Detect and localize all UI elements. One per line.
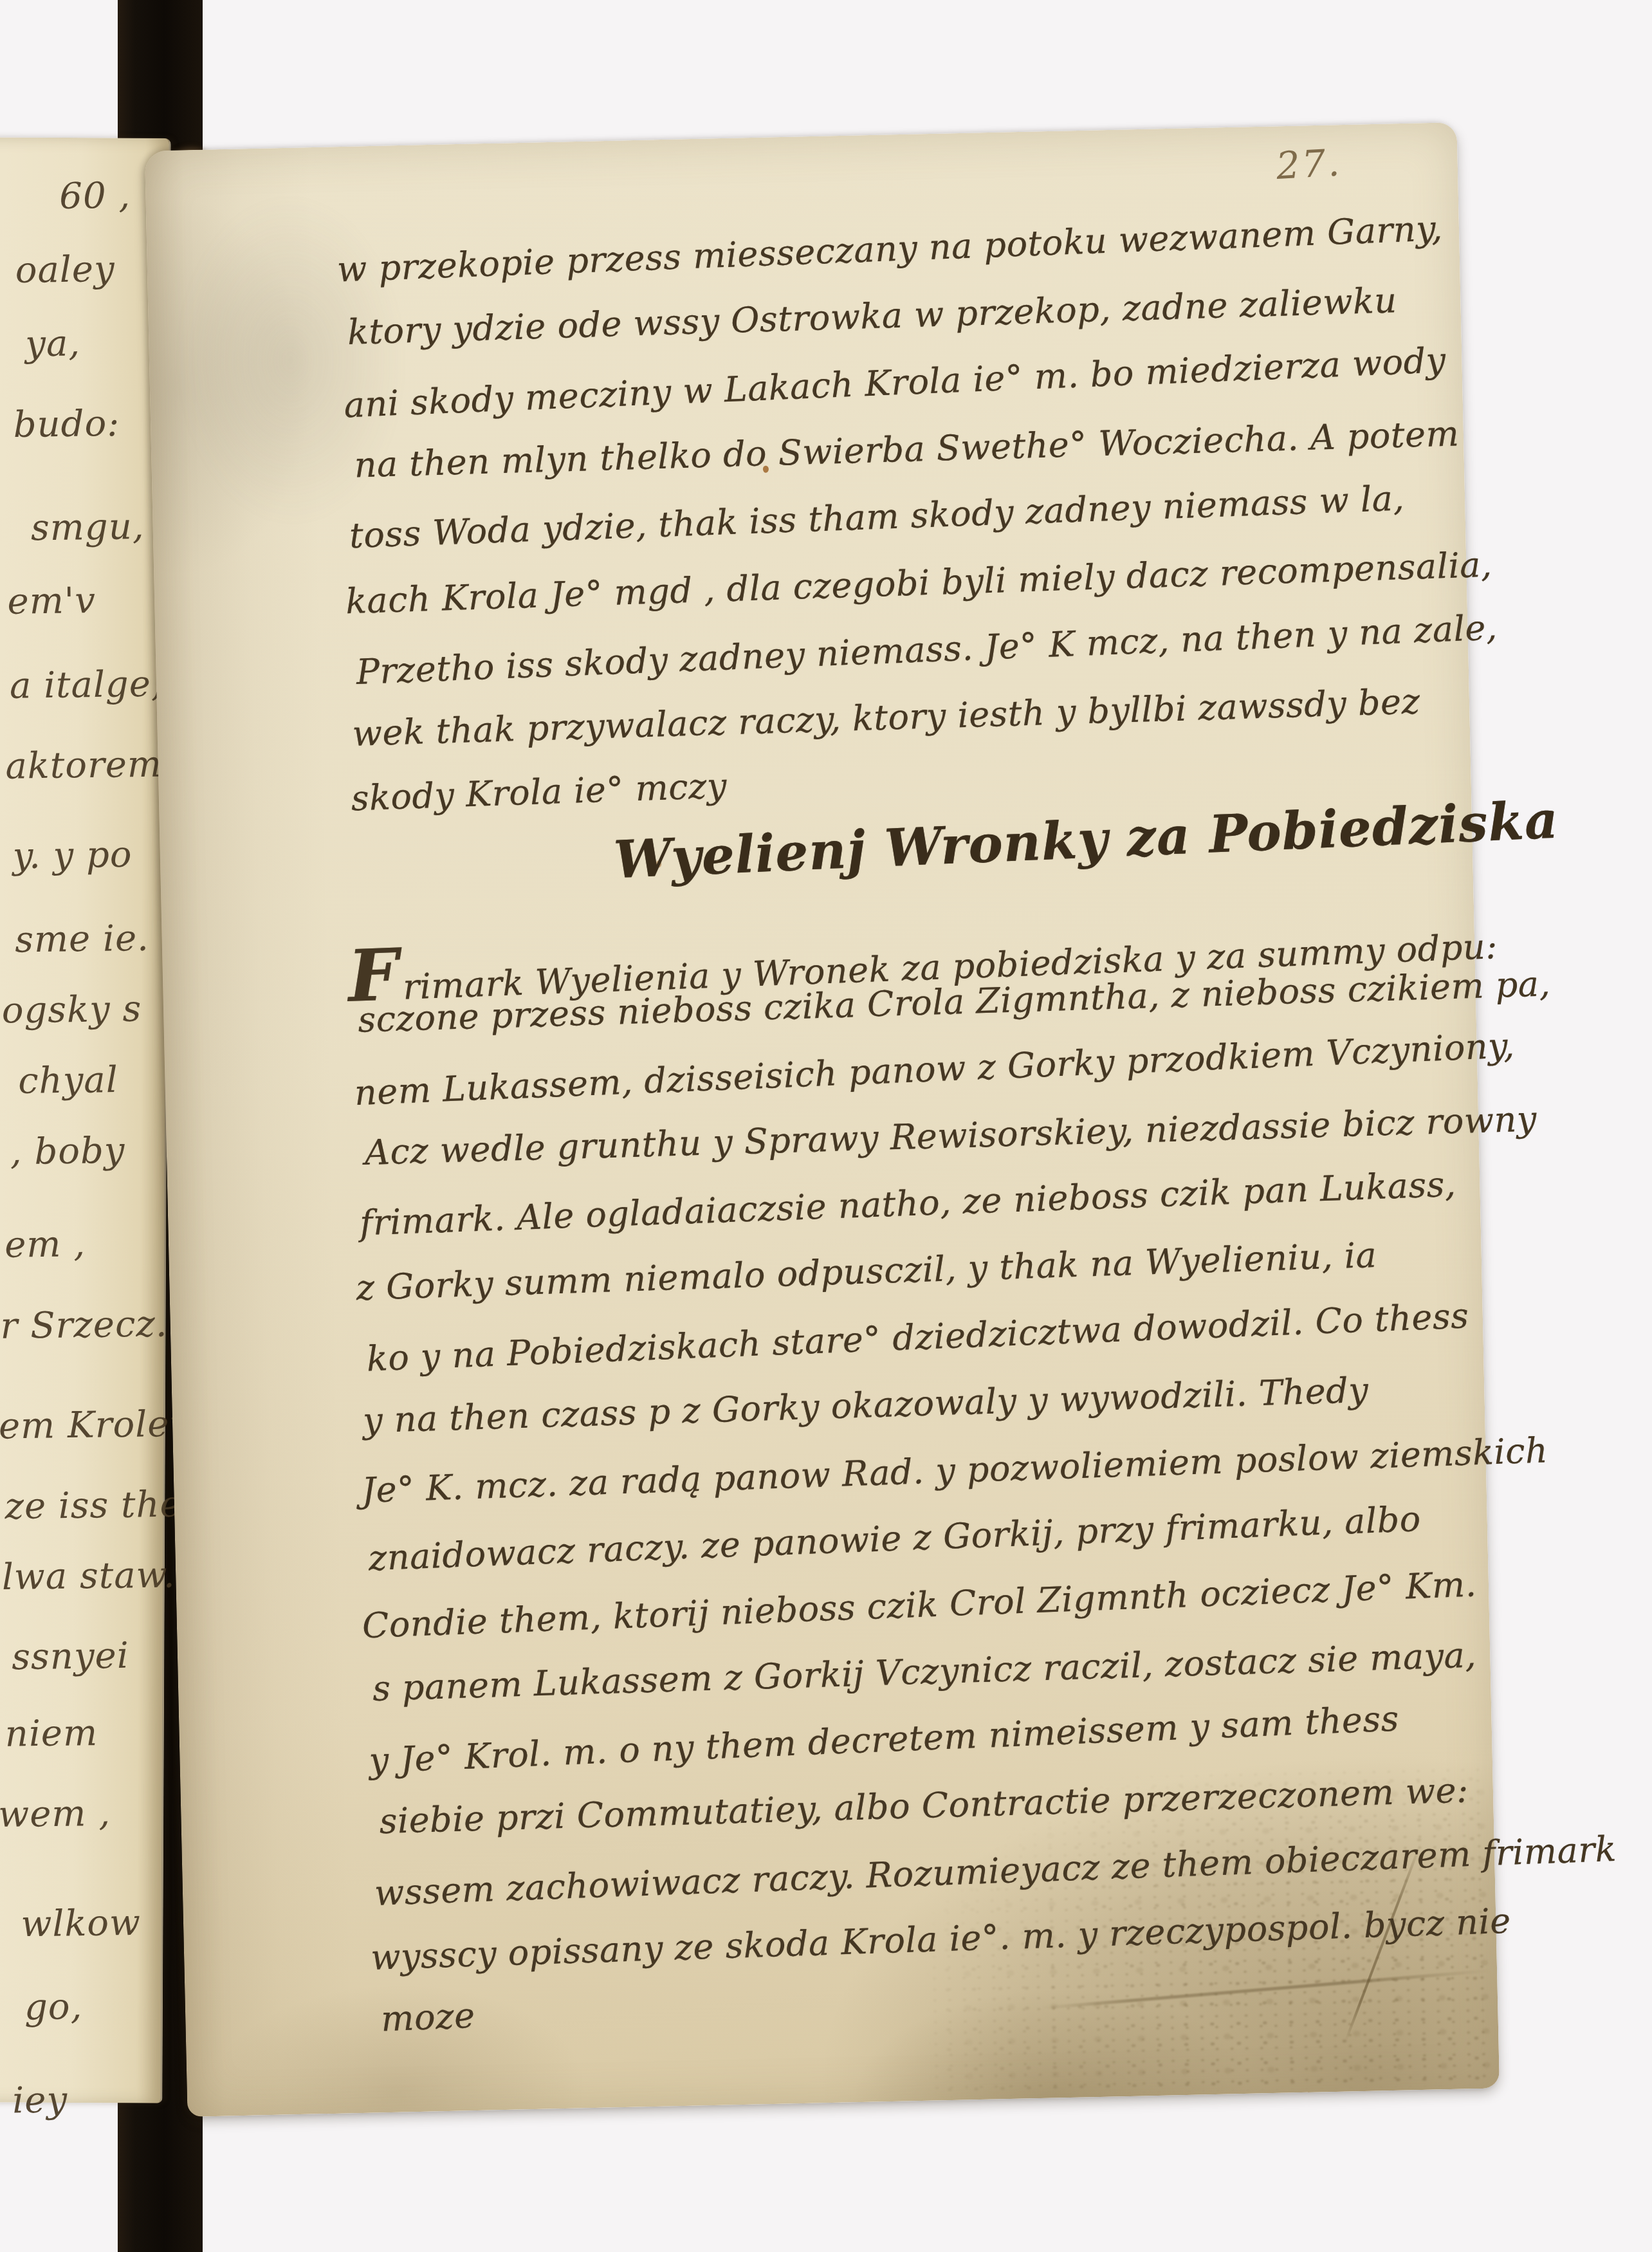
manuscript-line: na then mlyn thelko do Swierba Swethe° W… — [354, 416, 1460, 484]
left-page-text-fragment: em'v — [7, 583, 96, 620]
manuscript-line: nem Lukassem, dzisseisich panow z Gorky … — [354, 1028, 1516, 1112]
manuscript-line: kach Krola Je° mgd , dla czegobi byli mi… — [345, 547, 1492, 620]
manuscript-line: Acz wedle grunthu y Sprawy Rewisorskiey,… — [364, 1101, 1537, 1171]
left-page-text-fragment: , boby — [10, 1133, 125, 1170]
left-page-text-fragment: ogsky s — [1, 992, 142, 1029]
section-heading: Wyelienj Wronky za Pobiedziska — [613, 794, 1560, 886]
left-page-text-fragment: chyal — [18, 1062, 118, 1100]
left-page-text-fragment: niem — [5, 1715, 98, 1753]
left-page-text-fragment: wlkow — [21, 1905, 141, 1943]
left-page-text-fragment: lwa staw. — [2, 1557, 176, 1596]
paragraph-1: w przekopie przess miesseczany na potoku… — [145, 122, 1457, 151]
manuscript-line: moze — [380, 1998, 475, 2038]
manuscript-line: Przetho iss skody zadney niemass. Je° K … — [356, 609, 1498, 690]
left-page-text-fragment: 60 , — [59, 178, 131, 214]
left-page-text-fragment: r Srzecz. — [0, 1306, 168, 1344]
left-page-text-fragment: em , — [5, 1226, 86, 1264]
manuscript-line: toss Woda ydzie, thak iss tham skody zad… — [349, 481, 1405, 555]
manuscript-page: 27. w przekopie przess miesseczany na po… — [145, 122, 1500, 2117]
manuscript-line: ko y na Pobiedziskach stare° dziedzicztw… — [366, 1298, 1469, 1378]
left-page-text-fragment: wem , — [0, 1796, 111, 1833]
manuscript-line: wek thak przywalacz raczy, ktory iesth y… — [352, 683, 1420, 752]
manuscript-line: w przekopie przess miesseczany na potoku… — [336, 210, 1443, 288]
manuscript-line: y na then czass p z Gorky okazowaly y wy… — [362, 1372, 1369, 1439]
page-number: 27. — [1275, 140, 1343, 188]
left-page-text-fragment: a italge, — [10, 667, 163, 705]
manuscript-line: znaidowacz raczy. ze panowie z Gorkij, p… — [368, 1501, 1422, 1577]
left-page-text-fragment: smgu, — [31, 509, 145, 546]
left-page-text-fragment: iey — [12, 2082, 68, 2119]
manuscript-line: y Je° Krol. m. o ny them decretem nimeis… — [369, 1701, 1400, 1779]
manuscript-scan: 60 ,oaleyya,budo:smgu,em'va italge,aktor… — [0, 0, 1652, 2252]
left-page-text-fragment: go, — [24, 1989, 83, 2026]
left-page-text-fragment: oaley — [15, 252, 115, 289]
manuscript-line: skody Krola ie° mczy — [351, 768, 728, 818]
manuscript-line: s panem Lukassem z Gorkij Vczynicz raczi… — [372, 1638, 1476, 1708]
manuscript-line: Condie them, ktorij nieboss czik Crol Zi… — [362, 1566, 1477, 1645]
left-page-text-fragment: sme ie. — [15, 921, 149, 959]
manuscript-line: ktory ydzie ode wssy Ostrowka w przekop,… — [347, 282, 1397, 351]
left-page-text-fragment: ya, — [25, 326, 81, 362]
manuscript-line: Je° K. mcz. za radą panow Rad. y pozwoli… — [362, 1432, 1549, 1509]
left-page-text-fragment: ssnyei — [12, 1638, 129, 1675]
left-page-text-fragment: aktorem — [5, 747, 162, 785]
paragraph-2: Frimark Wyelienia y Wronek za pobiedzisk… — [145, 122, 1457, 151]
manuscript-line: ani skody mecziny w Lakach Krola ie° m. … — [344, 342, 1447, 424]
manuscript-line: frimark. Ale ogladaiaczsie natho, ze nie… — [359, 1167, 1456, 1242]
manuscript-line: z Gorky summ niemalo odpusczil, y thak n… — [356, 1237, 1377, 1307]
left-page-text-fragment: budo: — [13, 406, 120, 443]
left-page-edge: 60 ,oaleyya,budo:smgu,em'va italge,aktor… — [0, 137, 171, 2103]
left-page-text-fragment: y. y po — [12, 837, 133, 874]
